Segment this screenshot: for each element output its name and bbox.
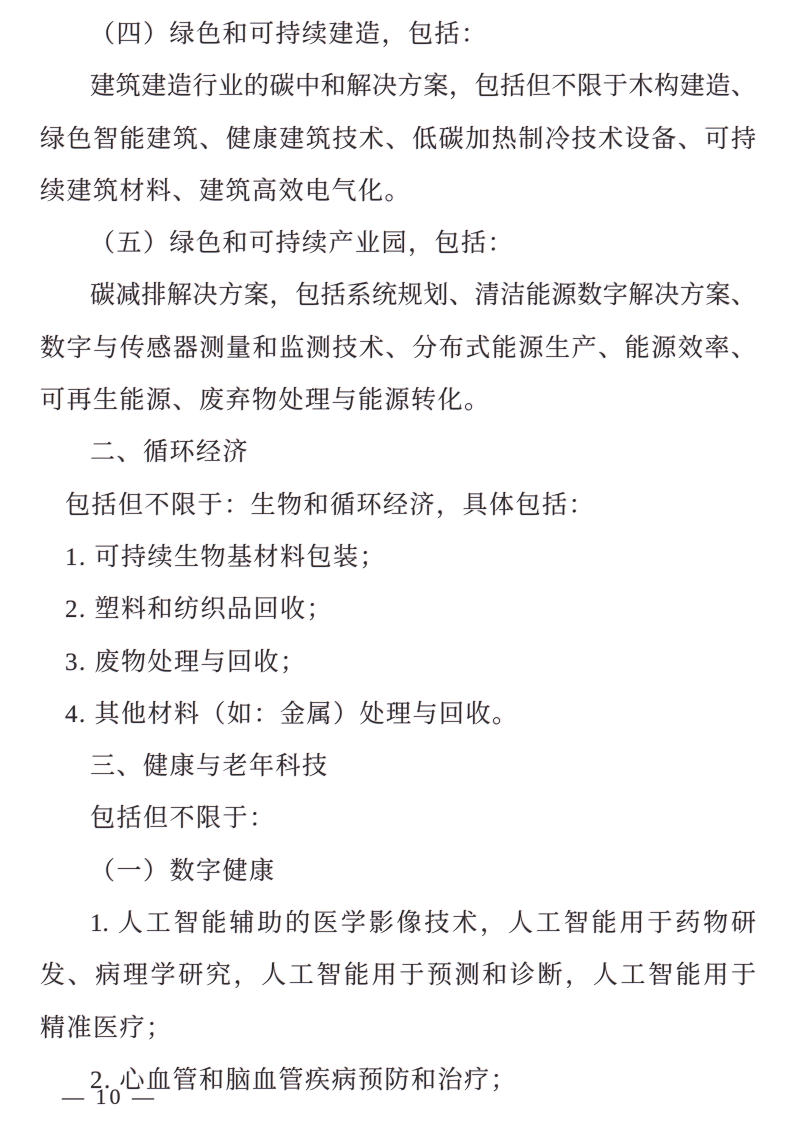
subsection-heading: （一）数字健康 [40, 846, 756, 898]
list-item: 1. 人工智能辅助的医学影像技术，人工智能用于药物研 [40, 898, 756, 950]
list-item: 1. 可持续生物基材料包装； [40, 532, 756, 584]
text-line: 包括但不限于： [40, 793, 756, 845]
text-line: 精准医疗； [40, 1003, 756, 1055]
section-heading: 二、循环经济 [40, 427, 756, 479]
text-line: （四）绿色和可持续建造，包括： [40, 9, 756, 61]
list-item: 2. 塑料和纺织品回收； [40, 584, 756, 636]
text-line: 发、病理学研究，人工智能用于预测和诊断，人工智能用于 [40, 950, 756, 1002]
page-number: — 10 — [62, 1081, 157, 1113]
list-item: 3. 废物处理与回收； [40, 637, 756, 689]
text-line: 碳减排解决方案，包括系统规划、清洁能源数字解决方案、 [40, 270, 756, 322]
section-heading: 三、健康与老年科技 [40, 741, 756, 793]
list-item: 4. 其他材料（如：金属）处理与回收。 [40, 689, 756, 741]
text-line: 包括但不限于：生物和循环经济，具体包括： [40, 480, 756, 532]
text-line: 续建筑材料、建筑高效电气化。 [40, 166, 756, 218]
text-line: 数字与传感器测量和监测技术、分布式能源生产、能源效率、 [40, 323, 756, 375]
document-page: （四）绿色和可持续建造，包括： 建筑建造行业的碳中和解决方案，包括但不限于木构建… [0, 0, 800, 1137]
text-line: （五）绿色和可持续产业园，包括： [40, 218, 756, 270]
text-line: 可再生能源、废弃物处理与能源转化。 [40, 375, 756, 427]
text-line: 绿色智能建筑、健康建筑技术、低碳加热制冷技术设备、可持 [40, 114, 756, 166]
text-line: 建筑建造行业的碳中和解决方案，包括但不限于木构建造、 [40, 61, 756, 113]
document-text: （四）绿色和可持续建造，包括： 建筑建造行业的碳中和解决方案，包括但不限于木构建… [40, 9, 756, 1107]
